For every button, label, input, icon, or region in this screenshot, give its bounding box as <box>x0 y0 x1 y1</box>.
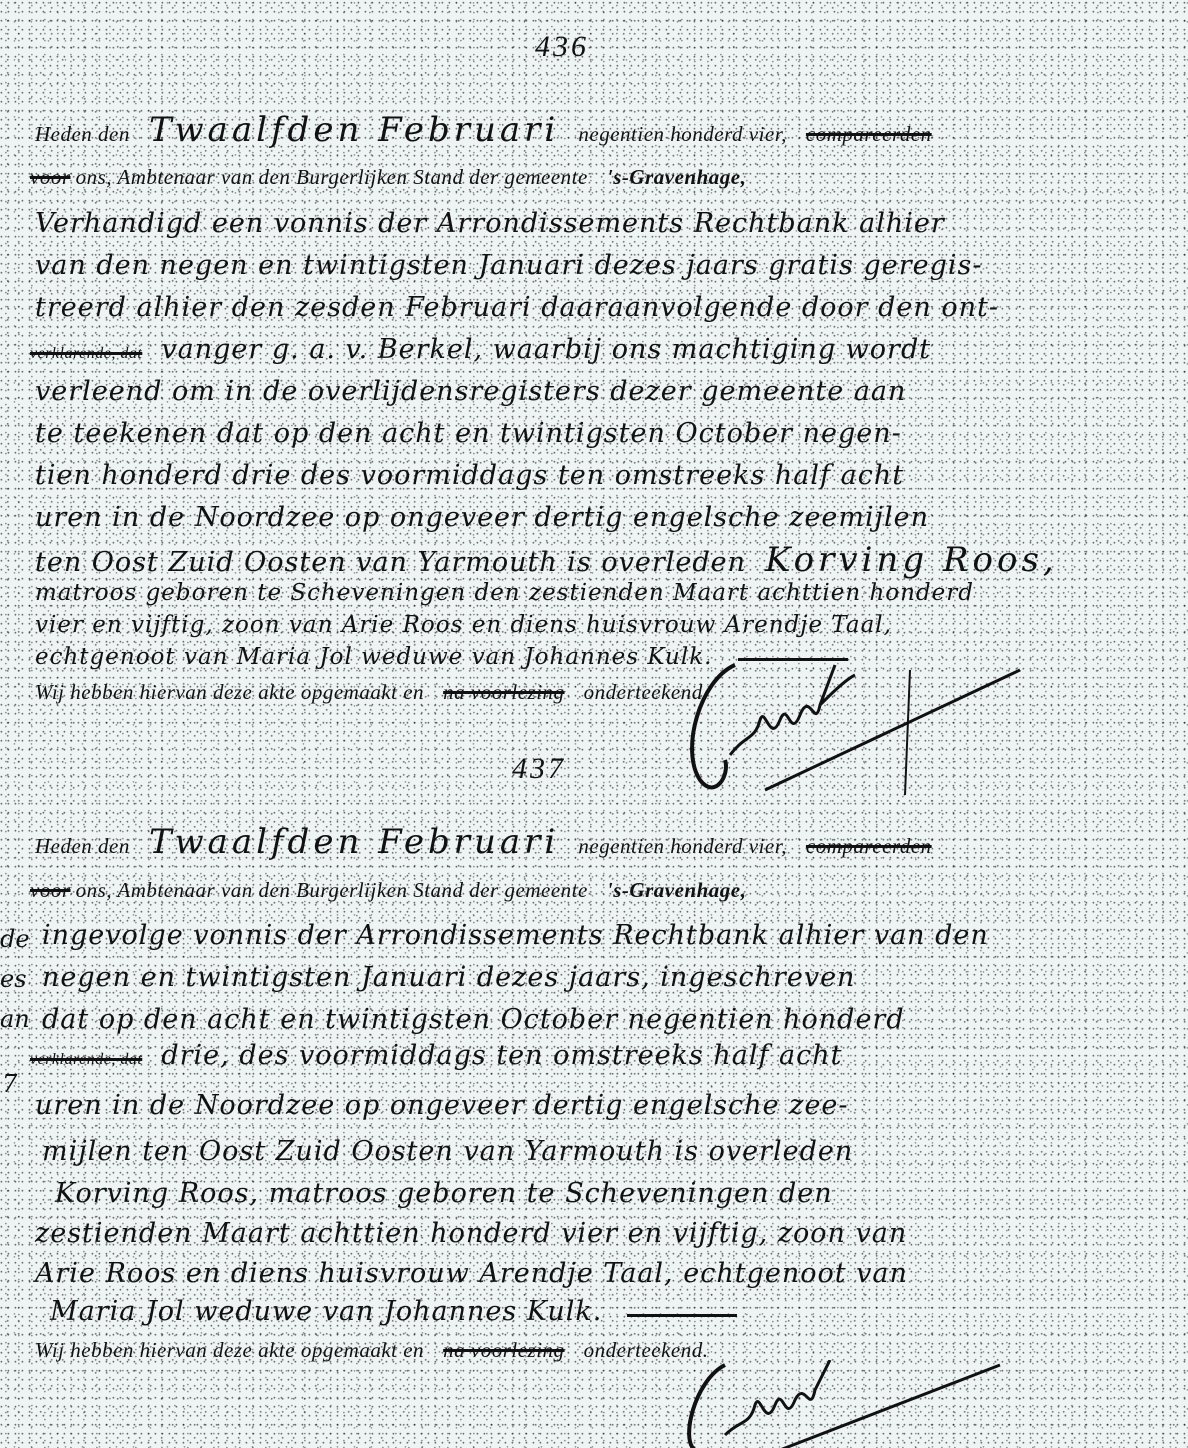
record-line: mijlen ten Oost Zuid Oosten van Yarmouth… <box>42 1136 853 1167</box>
struck-text: voor <box>30 165 71 189</box>
margin-fragment: de <box>0 925 30 953</box>
record-line: verklarende, dat drie, des voormiddags t… <box>30 1040 843 1071</box>
record-line: uren in de Noordzee op ongeveer dertig e… <box>35 502 929 533</box>
record-line: Arie Roos en diens huisvrouw Arendje Taa… <box>35 1258 908 1289</box>
record-line: van den negen en twintigsten Januari dez… <box>35 250 983 281</box>
record-line: te teekenen dat op den acht en twintigst… <box>35 418 902 449</box>
record-line: ingevolge vonnis der Arrondissements Rec… <box>42 920 989 951</box>
struck-text: compareerden <box>806 834 932 858</box>
record-line: tien honderd drie des voormiddags ten om… <box>35 460 904 491</box>
record-line: Wij hebben hiervan deze akte opgemaakt e… <box>35 1338 709 1363</box>
record-line: treerd alhier den zesden Februari daaraa… <box>35 292 999 323</box>
margin-fragment: 7 <box>2 1070 17 1098</box>
place-name: 's-Gravenhage, <box>607 878 746 902</box>
record-line: Heden den Twaalfden Februari negentien h… <box>35 110 932 150</box>
record-line: ten Oost Zuid Oosten van Yarmouth is ove… <box>35 540 1058 580</box>
struck-text: verklarende, dat <box>30 345 142 362</box>
record-line: negen en twintigsten Januari dezes jaars… <box>42 962 855 993</box>
record-line: vier en vijftig, zoon van Arie Roos en d… <box>35 612 892 638</box>
signature-icon <box>670 650 1070 800</box>
record-line: voor ons, Ambtenaar van den Burgerlijken… <box>30 165 746 190</box>
closing-dash <box>627 1314 737 1317</box>
struck-text: na voorlezing <box>443 1338 564 1362</box>
record-line: voor ons, Ambtenaar van den Burgerlijken… <box>30 878 746 903</box>
signature-icon <box>670 1360 1030 1448</box>
struck-text: na voorlezing <box>443 680 564 704</box>
record-line: dat op den acht en twintigsten October n… <box>42 1004 905 1035</box>
record-line: Verhandigd een vonnis der Arrondissement… <box>35 208 945 239</box>
struck-text: voor <box>30 878 71 902</box>
record-line: Wij hebben hiervan deze akte opgemaakt e… <box>35 680 709 705</box>
record-line: Maria Jol weduwe van Johannes Kulk. <box>50 1296 737 1327</box>
struck-text: compareerden <box>806 122 932 146</box>
deceased-name: Korving Roos, <box>765 540 1058 580</box>
record-number: 437 <box>512 752 566 786</box>
record-line: Korving Roos, matroos geboren te Scheven… <box>55 1178 833 1209</box>
record-line: verleend om in de overlijdensregisters d… <box>35 376 906 407</box>
record-line: uren in de Noordzee op ongeveer dertig e… <box>35 1090 849 1121</box>
record-line: zestienden Maart achttien honderd vier e… <box>35 1218 907 1249</box>
struck-text: verklarende, dat <box>30 1051 142 1068</box>
record-number: 436 <box>535 30 589 64</box>
record-line: verklarende, dat vanger g. a. v. Berkel,… <box>30 334 931 365</box>
margin-fragment: es <box>0 965 27 993</box>
margin-fragment: an <box>0 1005 30 1033</box>
record-line: matroos geboren te Scheveningen den zest… <box>35 580 974 606</box>
record-line: Heden den Twaalfden Februari negentien h… <box>35 822 932 862</box>
place-name: 's-Gravenhage, <box>607 165 746 189</box>
